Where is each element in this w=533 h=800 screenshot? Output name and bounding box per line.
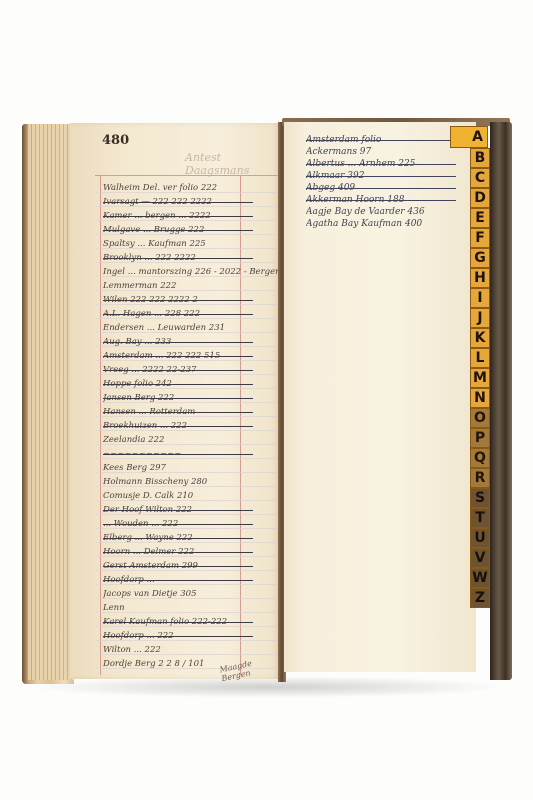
ledger-entry: Wilton ... 222 <box>103 643 283 657</box>
index-tab-v[interactable]: V <box>470 548 490 568</box>
index-tab-o[interactable]: O <box>470 408 490 428</box>
ledger-entry: Jacops van Dietje 305 <box>103 587 283 601</box>
ledger-entry: Ingel ... mantorszing 226 - 2022 - Berge… <box>103 265 283 279</box>
ledger-entry: Karel Kaufman folio 222-222 <box>103 615 283 629</box>
ledger-entry: Lemmerman 222 <box>103 279 283 293</box>
index-tabs: ABCDEFGHIJKLMNOPQRSTUVWZ <box>450 126 490 608</box>
ledger-entry: Hoorn ... Delmer 222 <box>103 545 283 559</box>
ledger-entry: Hoofdorp ... <box>103 573 283 587</box>
index-tab-r[interactable]: R <box>470 468 490 488</box>
ledger-entry: Endersen ... Leuwarden 231 <box>103 321 283 335</box>
ledger-entry: Walheim Del. ver folio 222 <box>103 181 283 195</box>
ledger-entry: Jansen Berg 222 <box>103 391 283 405</box>
ledger-entry: ~~~~~~~~~~~ <box>103 447 283 461</box>
page-stack-edge <box>28 124 74 680</box>
ledger-entry: Wilen 222 222 2222 2 <box>103 293 283 307</box>
ledger-entry: Hoofdorp ... 222 <box>103 629 283 643</box>
index-tab-j[interactable]: J <box>470 308 490 328</box>
ledger-entry: Hoppe folio 242 <box>103 377 283 391</box>
index-tab-f[interactable]: F <box>470 228 490 248</box>
ledger-book: 480 Antest Daagsmans Walheim Del. ver fo… <box>20 118 514 682</box>
index-tab-t[interactable]: T <box>470 508 490 528</box>
left-entries-list: Walheim Del. ver folio 222Ivarsagt — 222… <box>103 181 283 671</box>
index-tab-k[interactable]: K <box>470 328 490 348</box>
ledger-entry: Der Hoof Wilton 222 <box>103 503 283 517</box>
index-tab-q[interactable]: Q <box>470 448 490 468</box>
ledger-entry: Ivarsagt — 222 222 2222 <box>103 195 283 209</box>
index-tab-a[interactable]: A <box>450 126 488 148</box>
index-tab-e[interactable]: E <box>470 208 490 228</box>
index-tab-p[interactable]: P <box>470 428 490 448</box>
ledger-entry: Comusje D. Calk 210 <box>103 489 283 503</box>
ledger-entry: Brooklyn ... 222 2222 <box>103 251 283 265</box>
ledger-entry: Kees Berg 297 <box>103 461 283 475</box>
ledger-entry: Holmann Bisscheny 280 <box>103 475 283 489</box>
index-tab-n[interactable]: N <box>470 388 490 408</box>
ledger-entry: Zeelandia 222 <box>103 433 283 447</box>
index-tab-c[interactable]: C <box>470 168 490 188</box>
ledger-entry: Vreeg ... 2222 22-237 <box>103 363 283 377</box>
ledger-entry: Kamer ... bergen ... 2222 <box>103 209 283 223</box>
index-tab-i[interactable]: I <box>470 288 490 308</box>
faint-heading: Antest Daagsmans <box>185 151 282 177</box>
index-tab-m[interactable]: M <box>470 368 490 388</box>
page-number: 480 <box>102 133 129 148</box>
index-tab-l[interactable]: L <box>470 348 490 368</box>
ledger-entry: Amsterdam ... 222 222 515 <box>103 349 283 363</box>
index-tab-d[interactable]: D <box>470 188 490 208</box>
ledger-entry: Elberg ... Wayne 222 <box>103 531 283 545</box>
ledger-entry: A.L. Hagen ... 228 222 <box>103 307 283 321</box>
index-tab-z[interactable]: Z <box>470 588 490 608</box>
ledger-entry: Mulgave ... Brugge 222 <box>103 223 283 237</box>
ledger-entry: Lenn <box>103 601 283 615</box>
index-tab-u[interactable]: U <box>470 528 490 548</box>
right-cover <box>490 122 512 680</box>
ledger-entry: Spaltsy ... Kaufman 225 <box>103 237 283 251</box>
left-page: 480 Antest Daagsmans Walheim Del. ver fo… <box>70 123 282 679</box>
red-rule-horizontal <box>95 175 280 176</box>
right-page: Amsterdam folioAckermans 97Albertus ... … <box>284 122 476 672</box>
index-tab-b[interactable]: B <box>470 148 490 168</box>
index-tab-w[interactable]: W <box>470 568 490 588</box>
index-tab-g[interactable]: G <box>470 248 490 268</box>
ledger-entry: ... Wouden ... 222 <box>103 517 283 531</box>
ledger-entry: Gerst Amsterdam 299 <box>103 559 283 573</box>
ledger-entry: Hansen ... Rotterdam <box>103 405 283 419</box>
index-tab-s[interactable]: S <box>470 488 490 508</box>
ledger-entry: Broekhuizen ... 222 <box>103 419 283 433</box>
index-tab-h[interactable]: H <box>470 268 490 288</box>
ledger-entry: Aug. Bay ... 233 <box>103 335 283 349</box>
